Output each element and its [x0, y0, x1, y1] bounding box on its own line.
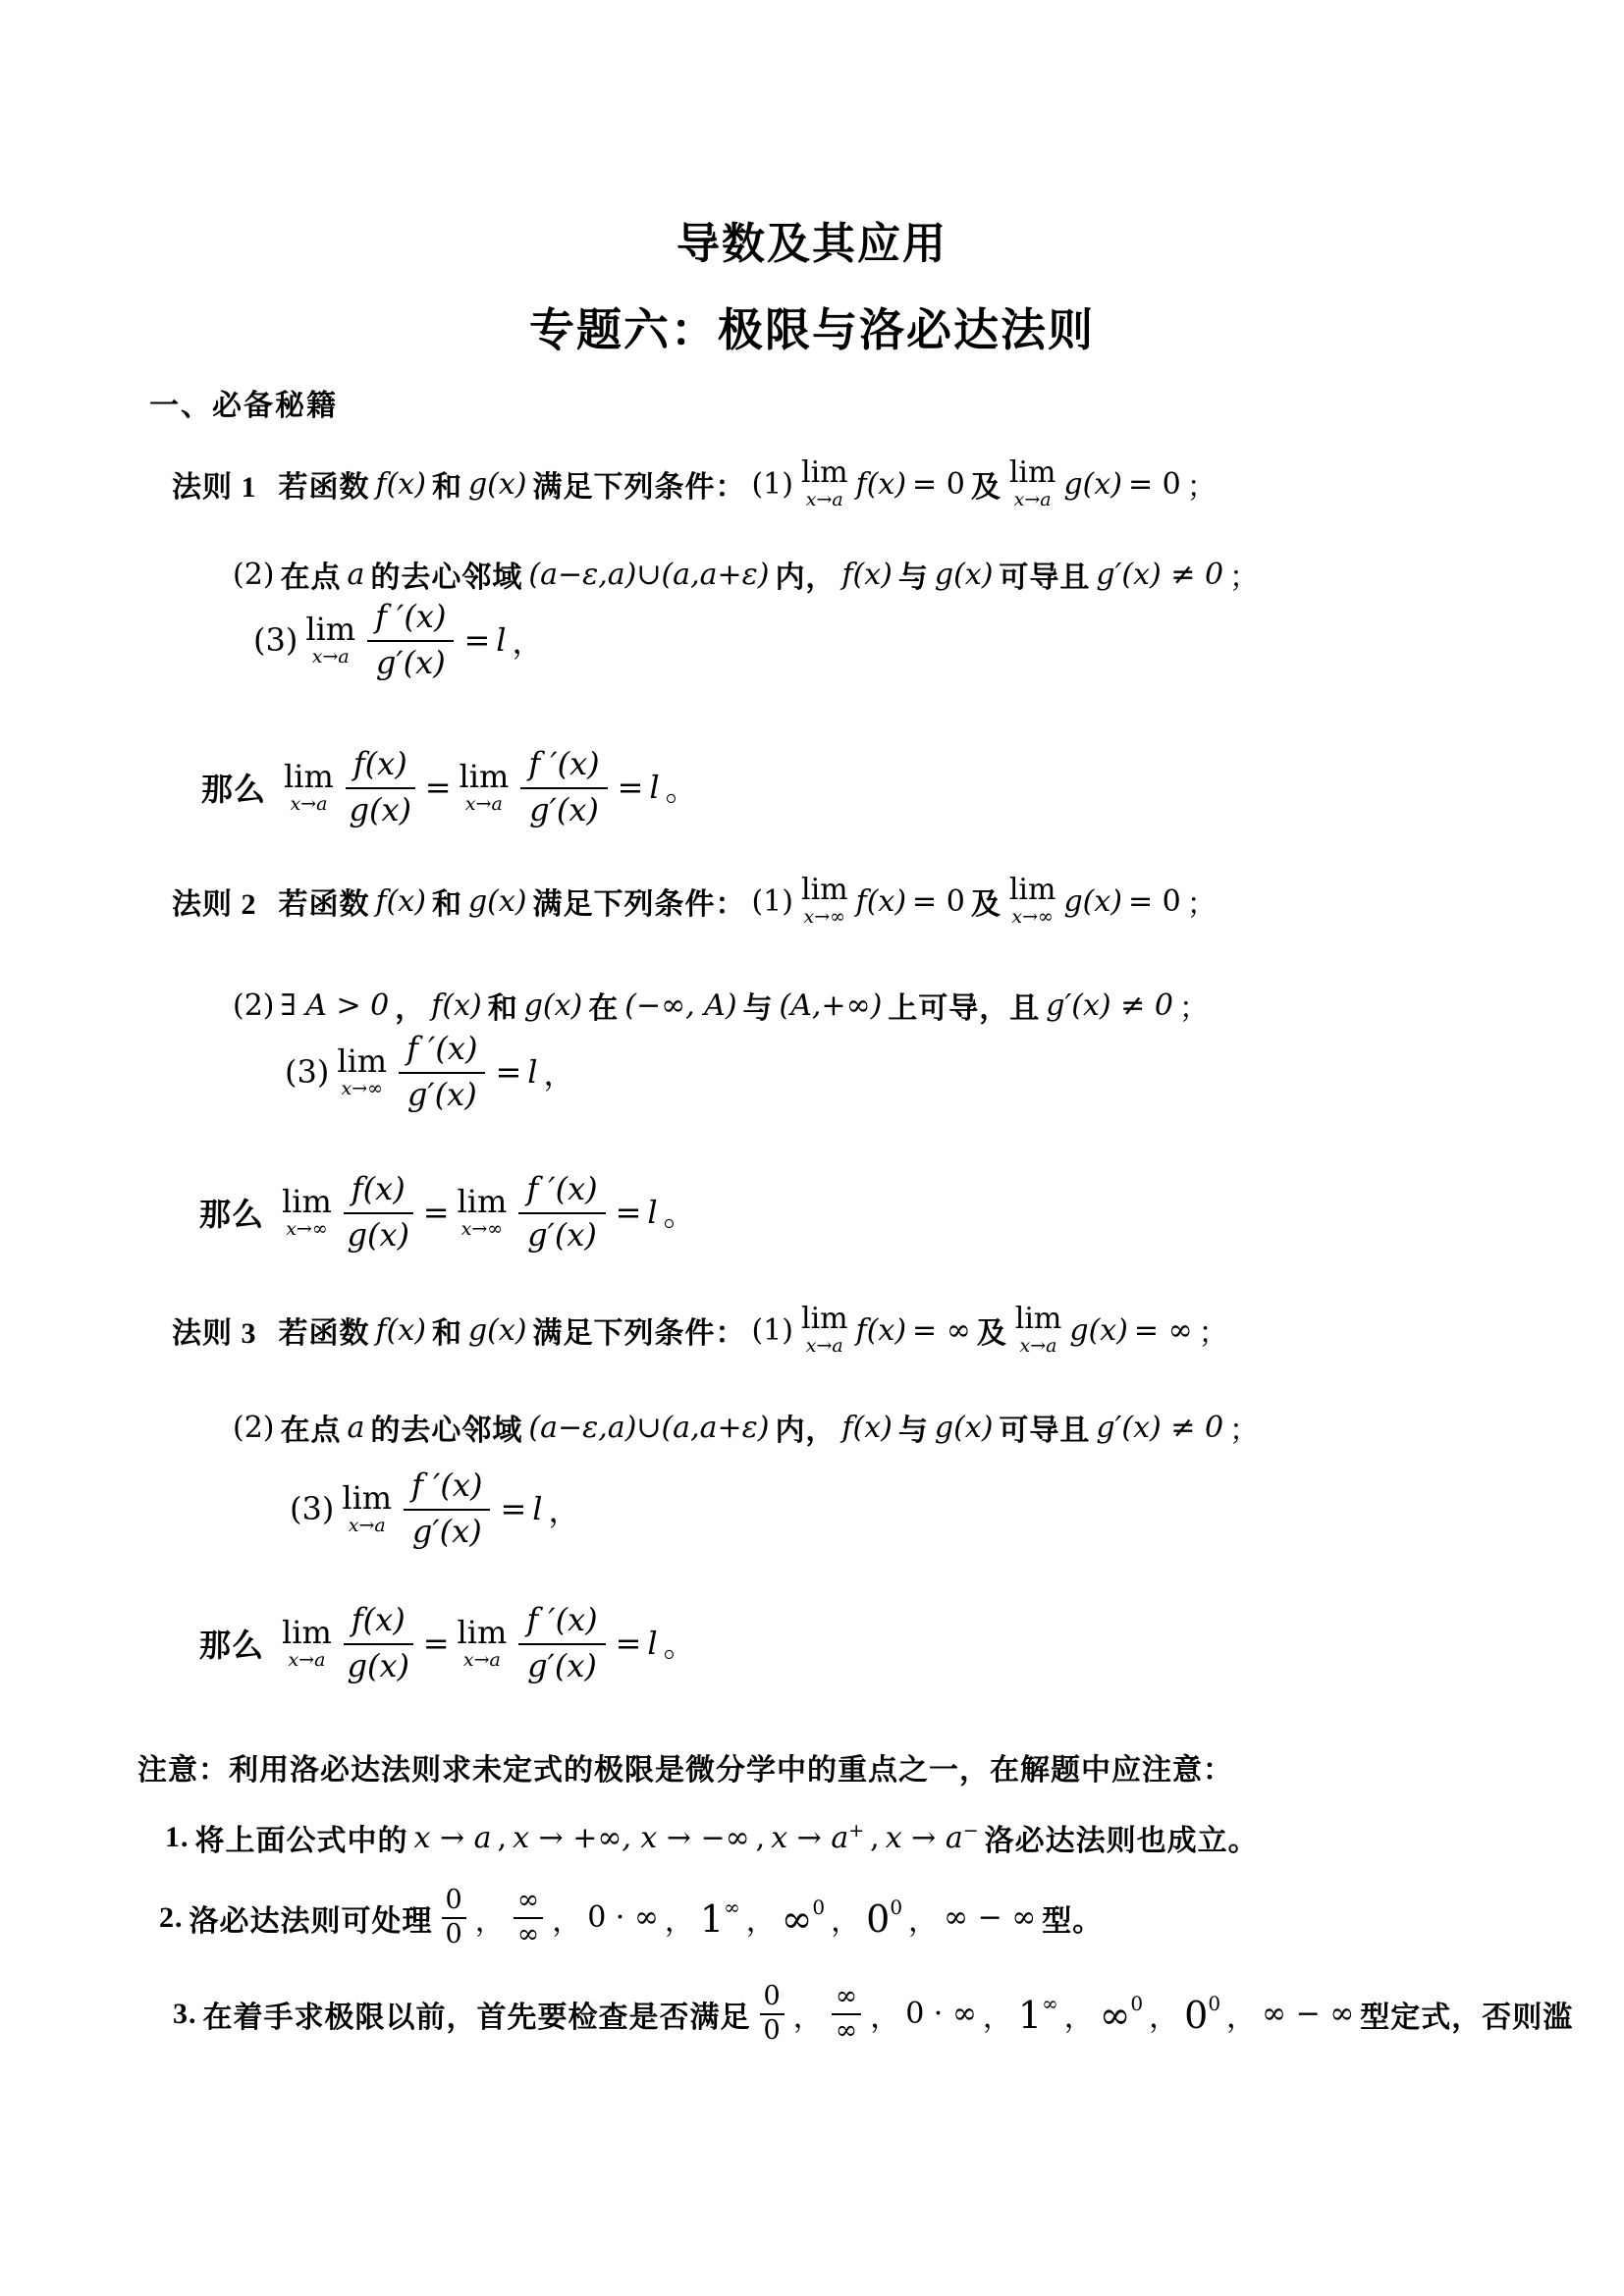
g-of-x: g(x) [468, 884, 527, 919]
function-fraction: f(x) g(x) [344, 1171, 413, 1254]
x-to-a-plus: x → a+ [771, 1820, 864, 1855]
comma: ， [395, 984, 425, 1027]
zero-times-infinity: 0 · ∞ [587, 1900, 659, 1935]
rule1-satisfy: 满足下列条件： [532, 462, 745, 506]
comma: ， [983, 1993, 1012, 2036]
note2-number: 2. [159, 1901, 184, 1935]
zero-times-infinity: 0 · ∞ [905, 1997, 977, 2031]
equals-sign: = [616, 1625, 642, 1662]
x-to-a-minus: x → a− [886, 1820, 979, 1855]
comma: ， [1149, 1993, 1178, 2036]
rule1-condition2-line: (2) 在点 a 的去心邻域 (a−ε,a)∪(a,a+ε) 内， f(x) 与… [233, 553, 1259, 596]
note3-pre-text: 在着手求极限以前，首先要检查是否满足 [203, 1993, 751, 2036]
lim-word: lim [460, 761, 510, 792]
rule3-condition3-line: (3) lim x→a f ′(x) g′(x) = l ， [290, 1468, 580, 1550]
lim-word: lim [337, 1045, 387, 1077]
f-of-x: f(x) [841, 1411, 892, 1445]
comma: , [870, 1821, 880, 1855]
g-of-x: g(x) [1063, 467, 1122, 502]
equals-sign: = [495, 1053, 521, 1091]
lim-subscript: x→a [312, 648, 350, 667]
comma: ， [870, 1993, 899, 2036]
g-prime-of-x: g′(x) [527, 1645, 597, 1684]
note-item-2: 2. 洛必达法则可处理 0 0 ， ∞ ∞ ， 0 · ∞ ， 1∞ ， ∞0 … [159, 1887, 1103, 1949]
limit-operator: lim x→a [460, 761, 510, 814]
limit-operator: lim x→a [801, 1305, 848, 1356]
section-heading: 一、必备秘籍 [149, 381, 338, 424]
rule2-f-value: = 0 [912, 884, 965, 919]
equals-sign: = [425, 769, 452, 806]
limit-value-l: l [647, 1194, 657, 1231]
zero-to-zero: 00 [866, 1896, 902, 1940]
rule2-conditions-line: 法则 2 若函数 f(x) 和 g(x) 满足下列条件： (1) lim x→∞… [172, 876, 1217, 927]
rule2-cond1-number: (1) [751, 884, 793, 919]
lim-word: lim [801, 458, 848, 488]
g-prime-of-x: g′(x) [529, 789, 599, 828]
note1-pre-text: 将上面公式中的 [195, 1816, 408, 1859]
f-of-x: f(x) [431, 988, 481, 1023]
lim-word: lim [305, 614, 355, 645]
comma: ， [543, 1049, 574, 1095]
rule2-then-word: 那么 [199, 1190, 264, 1235]
comma: ， [548, 1486, 579, 1531]
lim-word: lim [801, 1305, 848, 1334]
rule1-conclusion-line: 那么 lim x→a f(x) g(x) = lim x→a f ′(x) g′… [201, 746, 697, 828]
rule1-ji: 及 [971, 462, 1001, 506]
f-prime-of-x: f ′(x) [520, 746, 607, 789]
note-item-1: 1. 将上面公式中的 x → a , x → +∞, x → −∞ , x → … [165, 1816, 1259, 1859]
g-prime-of-x: g′(x) [407, 1074, 477, 1113]
equals-sign: = [463, 621, 490, 659]
limit-operator: lim x→∞ [337, 1045, 387, 1098]
limit-value-l: l [527, 1053, 537, 1091]
rule3-g-value: = ∞ [1134, 1313, 1193, 1348]
f-of-x: f(x) [344, 1602, 413, 1645]
semicolon: ； [1199, 1308, 1228, 1352]
f-of-x: f(x) [376, 1313, 426, 1348]
semicolon: ； [1229, 1406, 1259, 1449]
g-of-x: g(x) [348, 1214, 410, 1254]
rule3-then-word: 那么 [199, 1621, 264, 1666]
equals-sign: = [423, 1625, 450, 1662]
semicolon: ； [1187, 880, 1217, 923]
limit-operator: lim x→∞ [801, 876, 848, 927]
equals-sign: = [423, 1194, 450, 1231]
comma: ， [1064, 1993, 1094, 2036]
lim-word: lim [342, 1482, 392, 1514]
g-prime-of-x: g′(x) [527, 1214, 597, 1254]
comma: ， [512, 617, 543, 663]
minus-superscript: − [963, 1820, 979, 1842]
rule1-then-word: 那么 [201, 765, 266, 810]
derivative-fraction: f ′(x) g′(x) [518, 1171, 605, 1254]
infinity-minus-infinity: ∞ − ∞ [1262, 1997, 1354, 2031]
rule1-intro: 若函数 [279, 462, 370, 506]
rule2-cond2-text: 上可导，且 [888, 984, 1040, 1027]
lim-word: lim [1015, 1305, 1062, 1334]
rule1-cond2-text: 与 [898, 553, 929, 596]
g-of-x: g(x) [935, 558, 994, 592]
g-of-x: g(x) [1063, 884, 1122, 919]
rule3-condition2-line: (2) 在点 a 的去心邻域 (a−ε,a)∪(a,a+ε) 内， f(x) 与… [233, 1406, 1259, 1449]
equals-sign: = [616, 1194, 642, 1231]
f-of-x: f(x) [856, 884, 906, 919]
rule2-cond2-text: 与 [743, 984, 774, 1027]
g-of-x: g(x) [348, 1645, 410, 1684]
rule3-conditions-line: 法则 3 若函数 f(x) 和 g(x) 满足下列条件： (1) lim x→a… [172, 1305, 1228, 1356]
lim-word: lim [284, 761, 334, 792]
f-of-x: f(x) [856, 467, 906, 502]
comma: , [756, 1821, 766, 1855]
lim-subscript: x→a [806, 491, 843, 509]
g-prime-nonzero: g′(x) ≠ 0 [1096, 558, 1223, 592]
infinity-to-zero: ∞0 [1100, 1992, 1143, 2036]
lim-subscript: x→a [1020, 1337, 1057, 1356]
rule2-satisfy: 满足下列条件： [532, 880, 745, 923]
f-of-x: f(x) [344, 1171, 413, 1214]
x-to-a: x → a [414, 1821, 492, 1855]
comma: ， [793, 1993, 823, 2036]
limit-operator: lim x→a [284, 761, 334, 814]
lim-subscript: x→a [1014, 491, 1052, 509]
lim-word: lim [801, 876, 848, 905]
function-fraction: f(x) g(x) [344, 1602, 413, 1684]
rule3-cond2-text: 内， [775, 1406, 836, 1449]
note3-number: 3. [173, 1998, 197, 2031]
note1-number: 1. [165, 1821, 189, 1854]
comma: ， [746, 1896, 776, 1940]
derivative-fraction: f ′(x) g′(x) [520, 746, 607, 828]
semicolon: ； [1229, 553, 1259, 596]
rule3-cond3-number: (3) [290, 1490, 334, 1527]
f-of-x: f(x) [841, 558, 892, 592]
rule3-cond2-text: 的去心邻域 [370, 1406, 522, 1449]
rule3-and: 和 [432, 1308, 462, 1352]
rule1-cond2-text: 的去心邻域 [370, 553, 522, 596]
limit-value-l: l [532, 1490, 542, 1527]
lim-subscript: x→∞ [342, 1080, 383, 1098]
derivative-fraction: f ′(x) g′(x) [367, 599, 454, 681]
note-heading-line: 注意：利用洛必达法则求未定式的极限是微分学中的重点之一，在解题中应注意： [137, 1745, 1233, 1789]
g-of-x: g(x) [935, 1411, 994, 1445]
rule2-cond2-text: 和 [488, 984, 518, 1027]
period: 。 [664, 1621, 695, 1666]
rule1-cond2-text: 在点 [281, 553, 342, 596]
note2-post-text: 型。 [1042, 1896, 1103, 1940]
lim-subscript: x→a [806, 1337, 843, 1356]
g-of-x: g(x) [524, 988, 583, 1023]
lim-subscript: x→∞ [461, 1220, 503, 1239]
neighborhood-expression: (a−ε,a)∪(a,a+ε) [528, 558, 769, 592]
infinity-over-infinity: ∞ ∞ [514, 1887, 544, 1949]
rule3-cond1-number: (1) [751, 1313, 793, 1348]
lim-subscript: x→∞ [1011, 908, 1053, 927]
f-prime-of-x: f ′(x) [399, 1031, 485, 1074]
g-of-x: g(x) [350, 789, 412, 828]
lim-subscript: x→a [290, 795, 327, 814]
f-prime-of-x: f ′(x) [367, 599, 454, 642]
plus-superscript: + [848, 1820, 864, 1842]
rule2-intro: 若函数 [279, 880, 370, 923]
rule3-cond2-text: 可导且 [999, 1406, 1090, 1449]
limit-operator: lim x→a [1009, 458, 1056, 509]
lim-subscript: x→∞ [286, 1220, 327, 1239]
rule2-and: 和 [432, 880, 462, 923]
function-fraction: f(x) g(x) [346, 746, 415, 828]
note1-post-text: 洛必达法则也成立。 [985, 1816, 1259, 1859]
neighborhood-expression: (a−ε,a)∪(a,a+ε) [528, 1411, 769, 1445]
limit-value-l: l [496, 621, 506, 659]
rule2-cond3-number: (3) [285, 1053, 329, 1091]
comma: ， [552, 1896, 581, 1940]
lim-subscript: x→a [463, 1651, 501, 1670]
f-prime-of-x: f ′(x) [518, 1171, 605, 1214]
period: 。 [666, 765, 697, 810]
lim-word: lim [282, 1617, 332, 1648]
rule1-cond1-number: (1) [751, 467, 793, 502]
infinity-to-zero: ∞0 [782, 1896, 825, 1940]
semicolon: ； [1179, 984, 1209, 1027]
rule3-f-value: = ∞ [912, 1313, 971, 1348]
rule1-cond2-text: 内， [775, 553, 836, 596]
x-to-infinity: x → +∞, x → −∞ [513, 1821, 750, 1855]
note-heading: 注意：利用洛必达法则求未定式的极限是微分学中的重点之一，在解题中应注意： [137, 1745, 1233, 1789]
rule3-conclusion-line: 那么 lim x→a f(x) g(x) = lim x→a f ′(x) g′… [199, 1602, 695, 1684]
comma: ， [908, 1896, 938, 1940]
equals-sign: = [500, 1490, 526, 1527]
point-a: a [348, 558, 365, 592]
period: 。 [664, 1190, 695, 1235]
document-page: 导数及其应用 专题六：极限与洛必达法则 一、必备秘籍 法则 1 若函数 f(x)… [0, 0, 1624, 2296]
lim-subscript: x→a [288, 1651, 325, 1670]
derivative-fraction: f ′(x) g′(x) [399, 1031, 485, 1113]
lim-word: lim [282, 1186, 332, 1217]
zero-over-zero: 0 0 [760, 1983, 785, 2046]
limit-operator: lim x→∞ [282, 1186, 332, 1239]
lim-word: lim [1009, 876, 1056, 905]
interval-A-pos-inf: (A,+∞) [780, 988, 883, 1023]
limit-operator: lim x→∞ [1009, 876, 1056, 927]
g-prime-of-x: g′(x) [412, 1511, 482, 1550]
exists-A-positive: ∃ A > 0 [281, 988, 390, 1023]
infinity-over-infinity: ∞ ∞ [832, 1983, 862, 2046]
rule2-ji: 及 [971, 880, 1001, 923]
point-a: a [348, 1411, 365, 1445]
f-prime-of-x: f ′(x) [518, 1602, 605, 1645]
limit-operator: lim x→a [305, 614, 355, 667]
limit-operator: lim x→a [1015, 1305, 1062, 1356]
rule2-condition3-line: (3) lim x→∞ f ′(x) g′(x) = l ， [285, 1031, 575, 1113]
note2-pre-text: 洛必达法则可处理 [189, 1896, 433, 1940]
rule3-cond2-text: 在点 [281, 1406, 342, 1449]
rule3-satisfy: 满足下列条件： [532, 1308, 745, 1352]
lim-word: lim [458, 1617, 508, 1648]
f-of-x: f(x) [376, 884, 426, 919]
lim-subscript: x→a [465, 795, 503, 814]
comma: , [498, 1821, 508, 1855]
f-of-x: f(x) [376, 467, 426, 502]
limit-value-l: l [649, 769, 659, 806]
rule1-cond2-number: (2) [233, 558, 275, 592]
equals-sign: = [618, 769, 644, 806]
rule1-and: 和 [432, 462, 462, 506]
limit-operator: lim x→a [282, 1617, 332, 1670]
limit-operator: lim x→a [458, 1617, 508, 1670]
page-title: 导数及其应用 [0, 208, 1624, 271]
rule1-condition3-line: (3) lim x→a f ′(x) g′(x) = l ， [253, 599, 544, 681]
note-item-3: 3. 在着手求极限以前，首先要检查是否满足 0 0 ， ∞ ∞ ， 0 · ∞ … [173, 1983, 1573, 2046]
derivative-fraction: f ′(x) g′(x) [404, 1468, 490, 1550]
rule3-cond2-number: (2) [233, 1411, 275, 1445]
lim-subscript: x→∞ [804, 908, 845, 927]
comma: ， [1226, 1993, 1256, 2036]
rule3-label: 法则 3 [172, 1308, 257, 1352]
rule2-condition2-line: (2) ∃ A > 0 ， f(x) 和 g(x) 在 (−∞, A) 与 (A… [233, 984, 1209, 1027]
comma: ， [475, 1896, 505, 1940]
rule3-cond2-text: 与 [898, 1406, 929, 1449]
f-of-x: f(x) [856, 1313, 906, 1348]
limit-operator: lim x→∞ [458, 1186, 508, 1239]
rule2-conclusion-line: 那么 lim x→∞ f(x) g(x) = lim x→∞ f ′(x) g′… [199, 1171, 695, 1254]
zero-over-zero: 0 0 [442, 1887, 466, 1949]
derivative-fraction: f ′(x) g′(x) [518, 1602, 605, 1684]
rule3-ji: 及 [977, 1308, 1007, 1352]
rule1-g-value: = 0 [1128, 467, 1181, 502]
rule2-g-value: = 0 [1128, 884, 1181, 919]
rule1-cond2-text: 可导且 [999, 553, 1090, 596]
page-subtitle: 专题六：极限与洛必达法则 [0, 294, 1624, 359]
g-of-x: g(x) [1069, 1313, 1128, 1348]
rule3-intro: 若函数 [279, 1308, 370, 1352]
limit-operator: lim x→a [342, 1482, 392, 1535]
f-of-x: f(x) [346, 746, 415, 789]
rule2-label: 法则 2 [172, 880, 257, 923]
rule1-f-value: = 0 [912, 467, 965, 502]
comma: ， [831, 1896, 860, 1940]
note3-post-text: 型定式，否则滥 [1360, 1993, 1573, 2036]
one-to-infinity: 1∞ [1018, 1992, 1058, 2036]
one-to-infinity: 1∞ [700, 1896, 740, 1940]
limit-operator: lim x→a [801, 458, 848, 509]
interval-neg-inf-A: (−∞, A) [624, 988, 736, 1023]
lim-subscript: x→a [349, 1517, 386, 1535]
rule2-cond2-number: (2) [233, 988, 275, 1023]
f-prime-of-x: f ′(x) [404, 1468, 490, 1511]
zero-to-zero: 00 [1184, 1992, 1220, 2036]
lim-word: lim [458, 1186, 508, 1217]
comma: ， [665, 1896, 694, 1940]
g-prime-nonzero: g′(x) ≠ 0 [1096, 1411, 1223, 1445]
g-of-x: g(x) [468, 1313, 527, 1348]
rule1-label: 法则 1 [172, 462, 257, 506]
infinity-minus-infinity: ∞ − ∞ [944, 1900, 1036, 1935]
g-prime-nonzero: g′(x) ≠ 0 [1046, 988, 1173, 1023]
g-of-x: g(x) [468, 467, 527, 502]
limit-value-l: l [647, 1625, 657, 1662]
rule1-cond3-number: (3) [253, 621, 298, 659]
rule1-conditions-line: 法则 1 若函数 f(x) 和 g(x) 满足下列条件： (1) lim x→a… [172, 458, 1217, 509]
semicolon: ； [1187, 462, 1217, 506]
g-prime-of-x: g′(x) [376, 642, 446, 681]
lim-word: lim [1009, 458, 1056, 488]
rule2-cond2-text: 在 [588, 984, 619, 1027]
